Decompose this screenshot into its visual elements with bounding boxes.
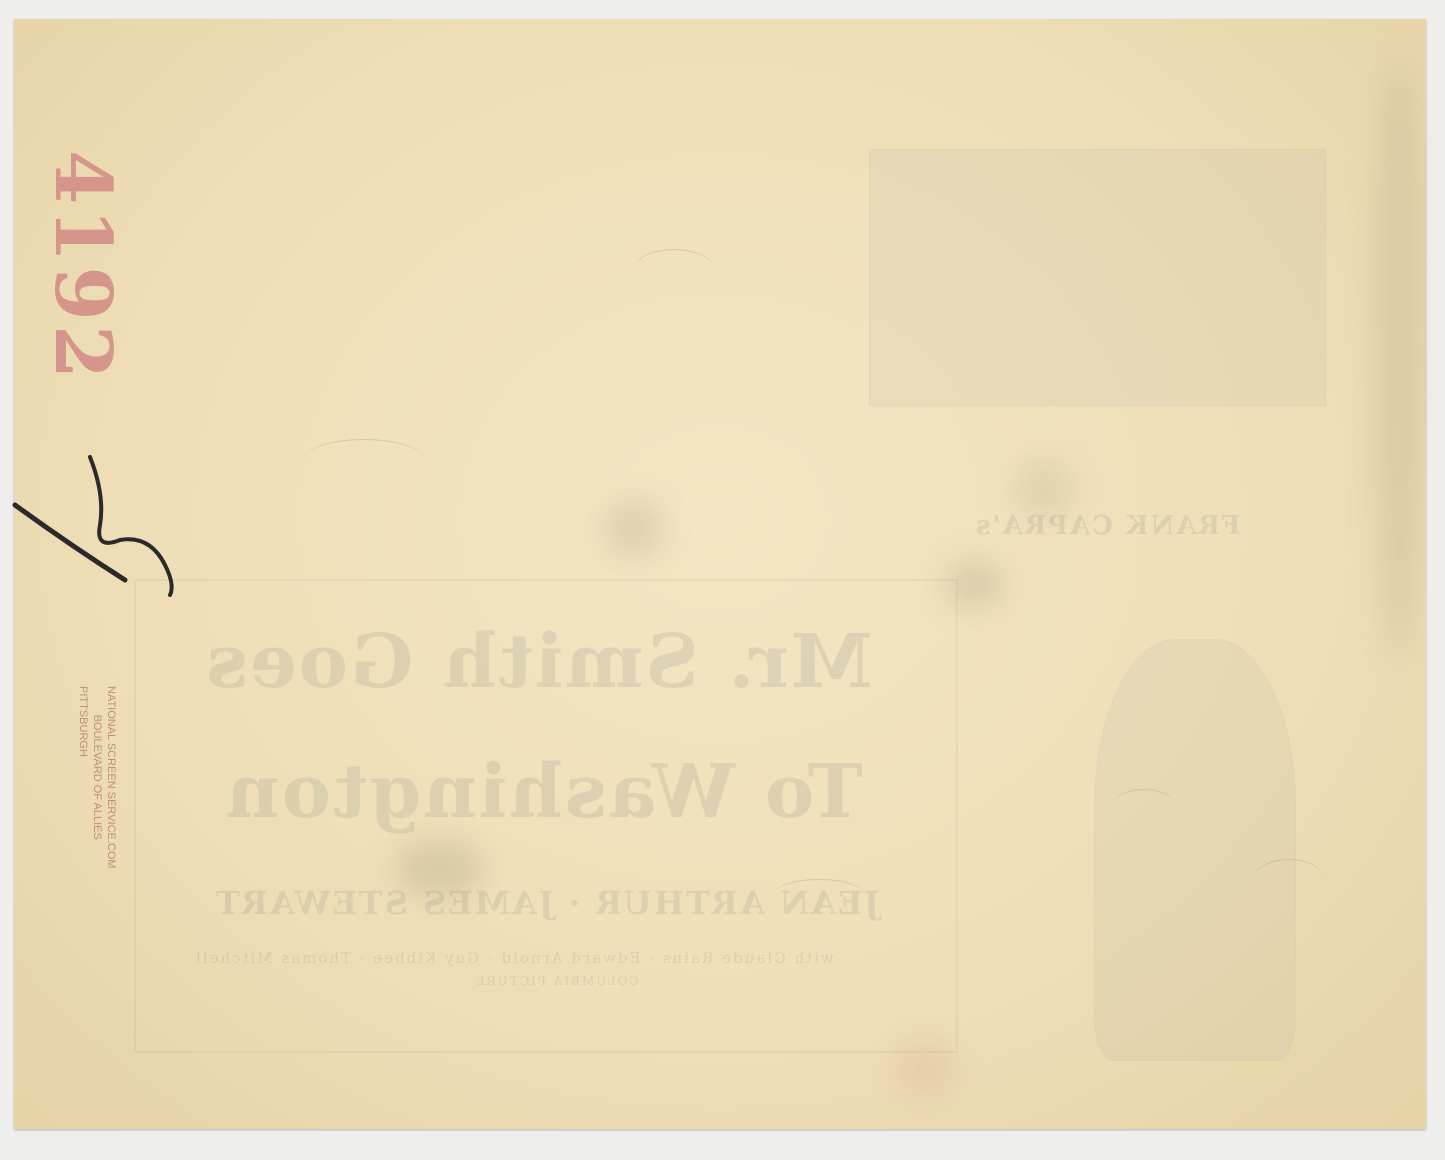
address-line-3: PITTSBURGH: [76, 686, 90, 869]
show-through-title-2: To Washington: [224, 749, 863, 835]
address-line-2: BOULEVARD OF ALLIES: [90, 686, 104, 869]
crease: [634, 249, 714, 290]
lobby-card-back: FRANK CAPRA's Mr. Smith Goes To Washingt…: [14, 19, 1426, 1129]
address-line-1: NATIONAL SCREEN SERVICE.COM: [104, 686, 118, 869]
show-through-title-1: Mr. Smith Goes: [204, 619, 873, 705]
show-through-photo-panel: [869, 149, 1326, 406]
crease: [1254, 859, 1324, 900]
show-through-credits: with Claude Rains · Edward Arnold · Guy …: [194, 949, 834, 967]
crease: [774, 879, 864, 910]
stain: [604, 499, 664, 559]
crease: [304, 439, 424, 480]
show-through-director: FRANK CAPRA's: [974, 511, 1240, 541]
show-through-small: COLUMBIA PICTURE: [474, 974, 639, 988]
crease: [1114, 789, 1174, 820]
stain: [1374, 59, 1424, 659]
pencil-mark: [10, 455, 180, 605]
distributor-address-stamp: NATIONAL SCREEN SERVICE.COM BOULEVARD OF…: [76, 686, 118, 869]
inventory-number-stamp: 4192: [37, 150, 128, 383]
show-through-figure: [1094, 639, 1296, 1061]
stain: [1014, 459, 1074, 519]
